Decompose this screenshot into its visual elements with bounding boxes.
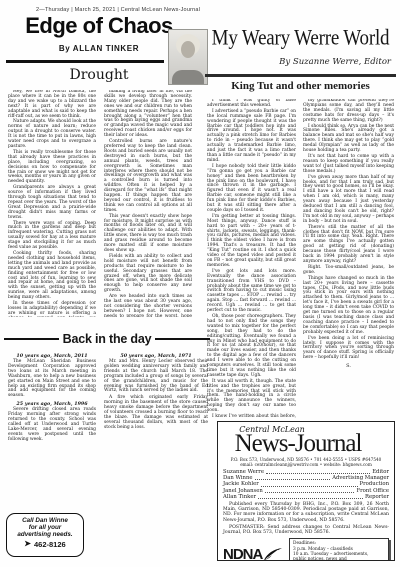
deadlines-box: Deadlines:3 p.m. Monday – classifieds10 … xyxy=(289,538,389,561)
columnist-photo xyxy=(168,29,208,85)
right-article-column-1: I think I was guilty of false advertisem… xyxy=(207,99,296,418)
paragraph: There were ways of coping. Deep mulch in… xyxy=(8,222,96,251)
photo-face-shape xyxy=(181,41,195,58)
ad-line-2: for all your xyxy=(11,524,79,531)
left-header-rule xyxy=(6,60,164,63)
dot-leader xyxy=(255,479,331,480)
left-article-column-2-text: making a living later in life, via the s… xyxy=(104,90,192,317)
back-in-the-day-column-1: 10 years ago, March, 2011 The McLean She… xyxy=(8,352,96,510)
back-in-the-day-title: Back in the day xyxy=(63,332,152,346)
masthead-contact-line: email: centralmcleannj@westriv.com • web… xyxy=(223,462,389,467)
staff-name: Allan Tinker xyxy=(223,494,256,500)
newspaper-page: 2—Thursday | March 25, 2021 | Central Mc… xyxy=(0,0,400,567)
paragraph: This year doesn't exactly show hope for … xyxy=(104,215,192,254)
paragraph: I'm getting better at tossing things. Mo… xyxy=(207,215,296,269)
paragraph: It's not that hard to come up with a rea… xyxy=(303,155,394,175)
ad-phone-number: 462-8126 xyxy=(34,541,66,548)
right-article-byline: By Suzanne Werre, Editor xyxy=(205,57,391,67)
paragraph: Controlled burns are nature's preferred … xyxy=(104,140,192,214)
left-article-headline: Drought xyxy=(6,67,192,83)
paragraph: I've got lots and lots more. Eventually … xyxy=(207,270,296,314)
divider-line-left xyxy=(4,338,59,340)
back-in-the-day-column-2: 50 years ago, March, 1971 Mr. and Mrs. H… xyxy=(104,352,208,560)
paragraph: Are we headed into such times as the las… xyxy=(104,295,192,317)
right-article-column-2: my grandkiddos can pretend they're Olymp… xyxy=(303,99,394,411)
columnist-signature: S. xyxy=(303,364,394,369)
paragraph: This is really troublesome for those tha… xyxy=(8,151,96,185)
paragraph: Oh, those poor choreographers. They had … xyxy=(207,315,296,379)
paragraph: Nature adapts. We should look at the nor… xyxy=(8,120,96,149)
paragraph: I think I was guilty of false advertisem… xyxy=(207,99,296,109)
ndna-logo: NDNA NORTH DAKOTA NEWSPAPER ASSOCIATION xyxy=(223,547,287,561)
published-notice: Published every Thursday by BHG, Inc., P… xyxy=(223,502,389,523)
paragraph: I hope nobody told their little kiddo “I… xyxy=(207,165,296,214)
years-ago-text: A fire which originated early Friday mor… xyxy=(104,396,208,430)
ad-line-3: advertising needs. xyxy=(11,531,79,538)
back-in-the-day-entry: 10 years ago, March, 2011 The McLean She… xyxy=(8,353,96,399)
paragraph: Things have changed so much in the last … xyxy=(303,277,394,336)
left-article-column-1: Hey, we live in North Dakota, the place … xyxy=(8,90,96,317)
back-in-the-day-entry: 50 years ago, March, 1971 Mr. and Mrs. H… xyxy=(104,353,208,394)
right-article-column-2-text: my grandkiddos can pretend they're Olymp… xyxy=(303,99,394,361)
paragraph: There's still the matter of all the clot… xyxy=(303,226,394,265)
years-ago-text: Severe drifting closed area roads Friday… xyxy=(8,408,96,442)
left-article-byline: By ALLAN TINKER xyxy=(6,44,192,53)
paragraph: Fields with an ability to collect and ho… xyxy=(104,255,192,294)
paragraph: Grandparents are always a great source o… xyxy=(8,186,96,220)
dot-leader xyxy=(266,473,370,474)
masthead-logo: News-Journal xyxy=(217,432,381,455)
paragraph: I should think so. Arya can be the next … xyxy=(303,125,394,154)
years-ago-text: Mr. and Mrs. Henry Lecler observed their… xyxy=(104,360,208,394)
right-article-headline: King Tut and other memories xyxy=(205,80,396,92)
paragraph: Right. Too-small/outdated jeans, be gone… xyxy=(303,266,394,276)
paragraph: I've been doing a lot of reminiscing lat… xyxy=(303,337,394,362)
dot-leader xyxy=(261,486,358,487)
arrow-right-icon: ➤ xyxy=(24,540,31,548)
paragraph: I advertised a “pseudo Barbie car” on th… xyxy=(207,110,296,164)
paragraph: In these times of depression (or losses … xyxy=(8,302,96,317)
paragraph: I know I've written about this before, s… xyxy=(207,415,296,418)
right-column-masthead-title: My Weary Werre World xyxy=(205,26,396,51)
newspaper-masthead-box: Central McLean News-Journal P.O. Box 573… xyxy=(217,421,395,561)
back-in-the-day-header: Back in the day xyxy=(4,332,210,346)
paragraph: It was all worth it, though. The state t… xyxy=(207,380,296,414)
dot-leader xyxy=(258,498,363,499)
back-in-the-day-entry: A fire which originated early Friday mor… xyxy=(104,396,208,430)
ndna-acronym: NDNA xyxy=(223,548,262,561)
ndna-feather-icon xyxy=(263,547,283,561)
staff-role: Reporter xyxy=(365,494,389,500)
paragraph: Hey, we live in North Dakota, the place … xyxy=(8,90,96,119)
advertising-promo-box: Call Dan Winne for all your advertising … xyxy=(6,513,84,557)
paragraph: making a living later in life, via the s… xyxy=(104,90,192,139)
right-header-rule xyxy=(205,74,396,77)
ad-line-1: Call Dan Winne xyxy=(11,517,79,524)
dot-leader xyxy=(265,492,355,493)
left-column-masthead-title: Edge of Chaos xyxy=(6,13,192,39)
left-article-column-2: making a living later in life, via the s… xyxy=(104,90,192,317)
photo-shoulders-shape xyxy=(172,70,204,85)
paragraph: Cooking thrifty foods, sharing needed cl… xyxy=(8,252,96,301)
staff-row: Allan Tinker Reporter xyxy=(223,494,389,500)
divider-line-right xyxy=(155,338,210,340)
deadlines-line: public notices, news and xyxy=(293,557,385,561)
back-in-the-day-entry: 25 years ago, March, 1996 Severe driftin… xyxy=(8,401,96,442)
staff-list: Suzanne Werre Editor Dan Winne Advertisi… xyxy=(223,469,389,500)
paragraph: I've given away more than half of my boo… xyxy=(303,176,394,225)
paragraph: my grandkiddos can pretend they're Olymp… xyxy=(303,99,394,124)
years-ago-text: The McLean Sheridan Business Development… xyxy=(8,360,96,399)
postmaster-notice: POSTMASTER: Send address changes to Cent… xyxy=(223,525,389,535)
